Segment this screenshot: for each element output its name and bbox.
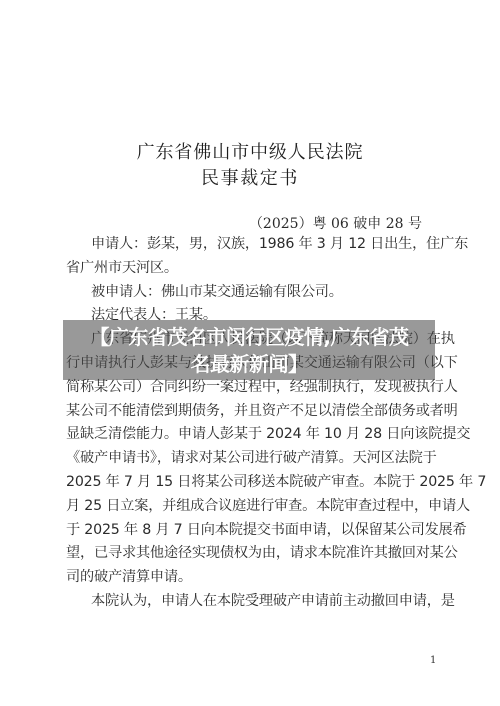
body-line: 申请人：彭某，男，汉族，1986 年 3 月 12 日出生，住广东 [66,233,438,257]
body-line: 《破产申请书》，请求对某公司进行破产清算。天河区法院于 [66,447,438,471]
body-line: 本院认为，申请人在本院受理破产申请前主动撤回申请，是 [66,590,438,614]
body-line: 某公司不能清偿到期债务，并且资产不足以清偿全部债务或者明 [66,400,438,424]
body-line: 望，已寻求其他途径实现债权为由，请求本院准许其撤回对某公 [66,542,438,566]
case-number: （2025）粤 06 破申 28 号 [249,213,422,233]
body-line: 被申请人：佛山市某交通运输有限公司。 [66,281,438,305]
body-line: 2025 年 7 月 15 日将某公司移送本院破产审查。本院于 2025 年 7 [66,471,438,495]
body-line: 月 25 日立案，并组成合议庭进行审查。本院审查过程中，申请人 [66,495,438,519]
document-type-heading: 民事裁定书 [0,164,500,190]
body-line: 司的破产清算申请。 [66,566,438,590]
body-line: 显缺乏清偿能力。申请人彭某于 2024 年 10 月 28 日向该院提交 [66,423,438,447]
document-body: 申请人：彭某，男，汉族，1986 年 3 月 12 日出生，住广东 省广州市天河… [66,233,438,614]
body-line: 省广州市天河区。 [66,257,438,281]
body-line: 于 2025 年 8 月 7 日向本院提交书面申请，以保留某公司发展希 [66,519,438,543]
headline-line-1: 【广东省茂名市闵行区疫情,广东省茂 [63,324,435,351]
court-name-heading: 广东省佛山市中级人民法院 [0,138,500,164]
headline-line-2: 名最新新闻】 [63,351,435,378]
headline-banner: 【广东省茂名市闵行区疫情,广东省茂 名最新新闻】 [63,320,435,378]
page-number: 1 [430,655,436,666]
